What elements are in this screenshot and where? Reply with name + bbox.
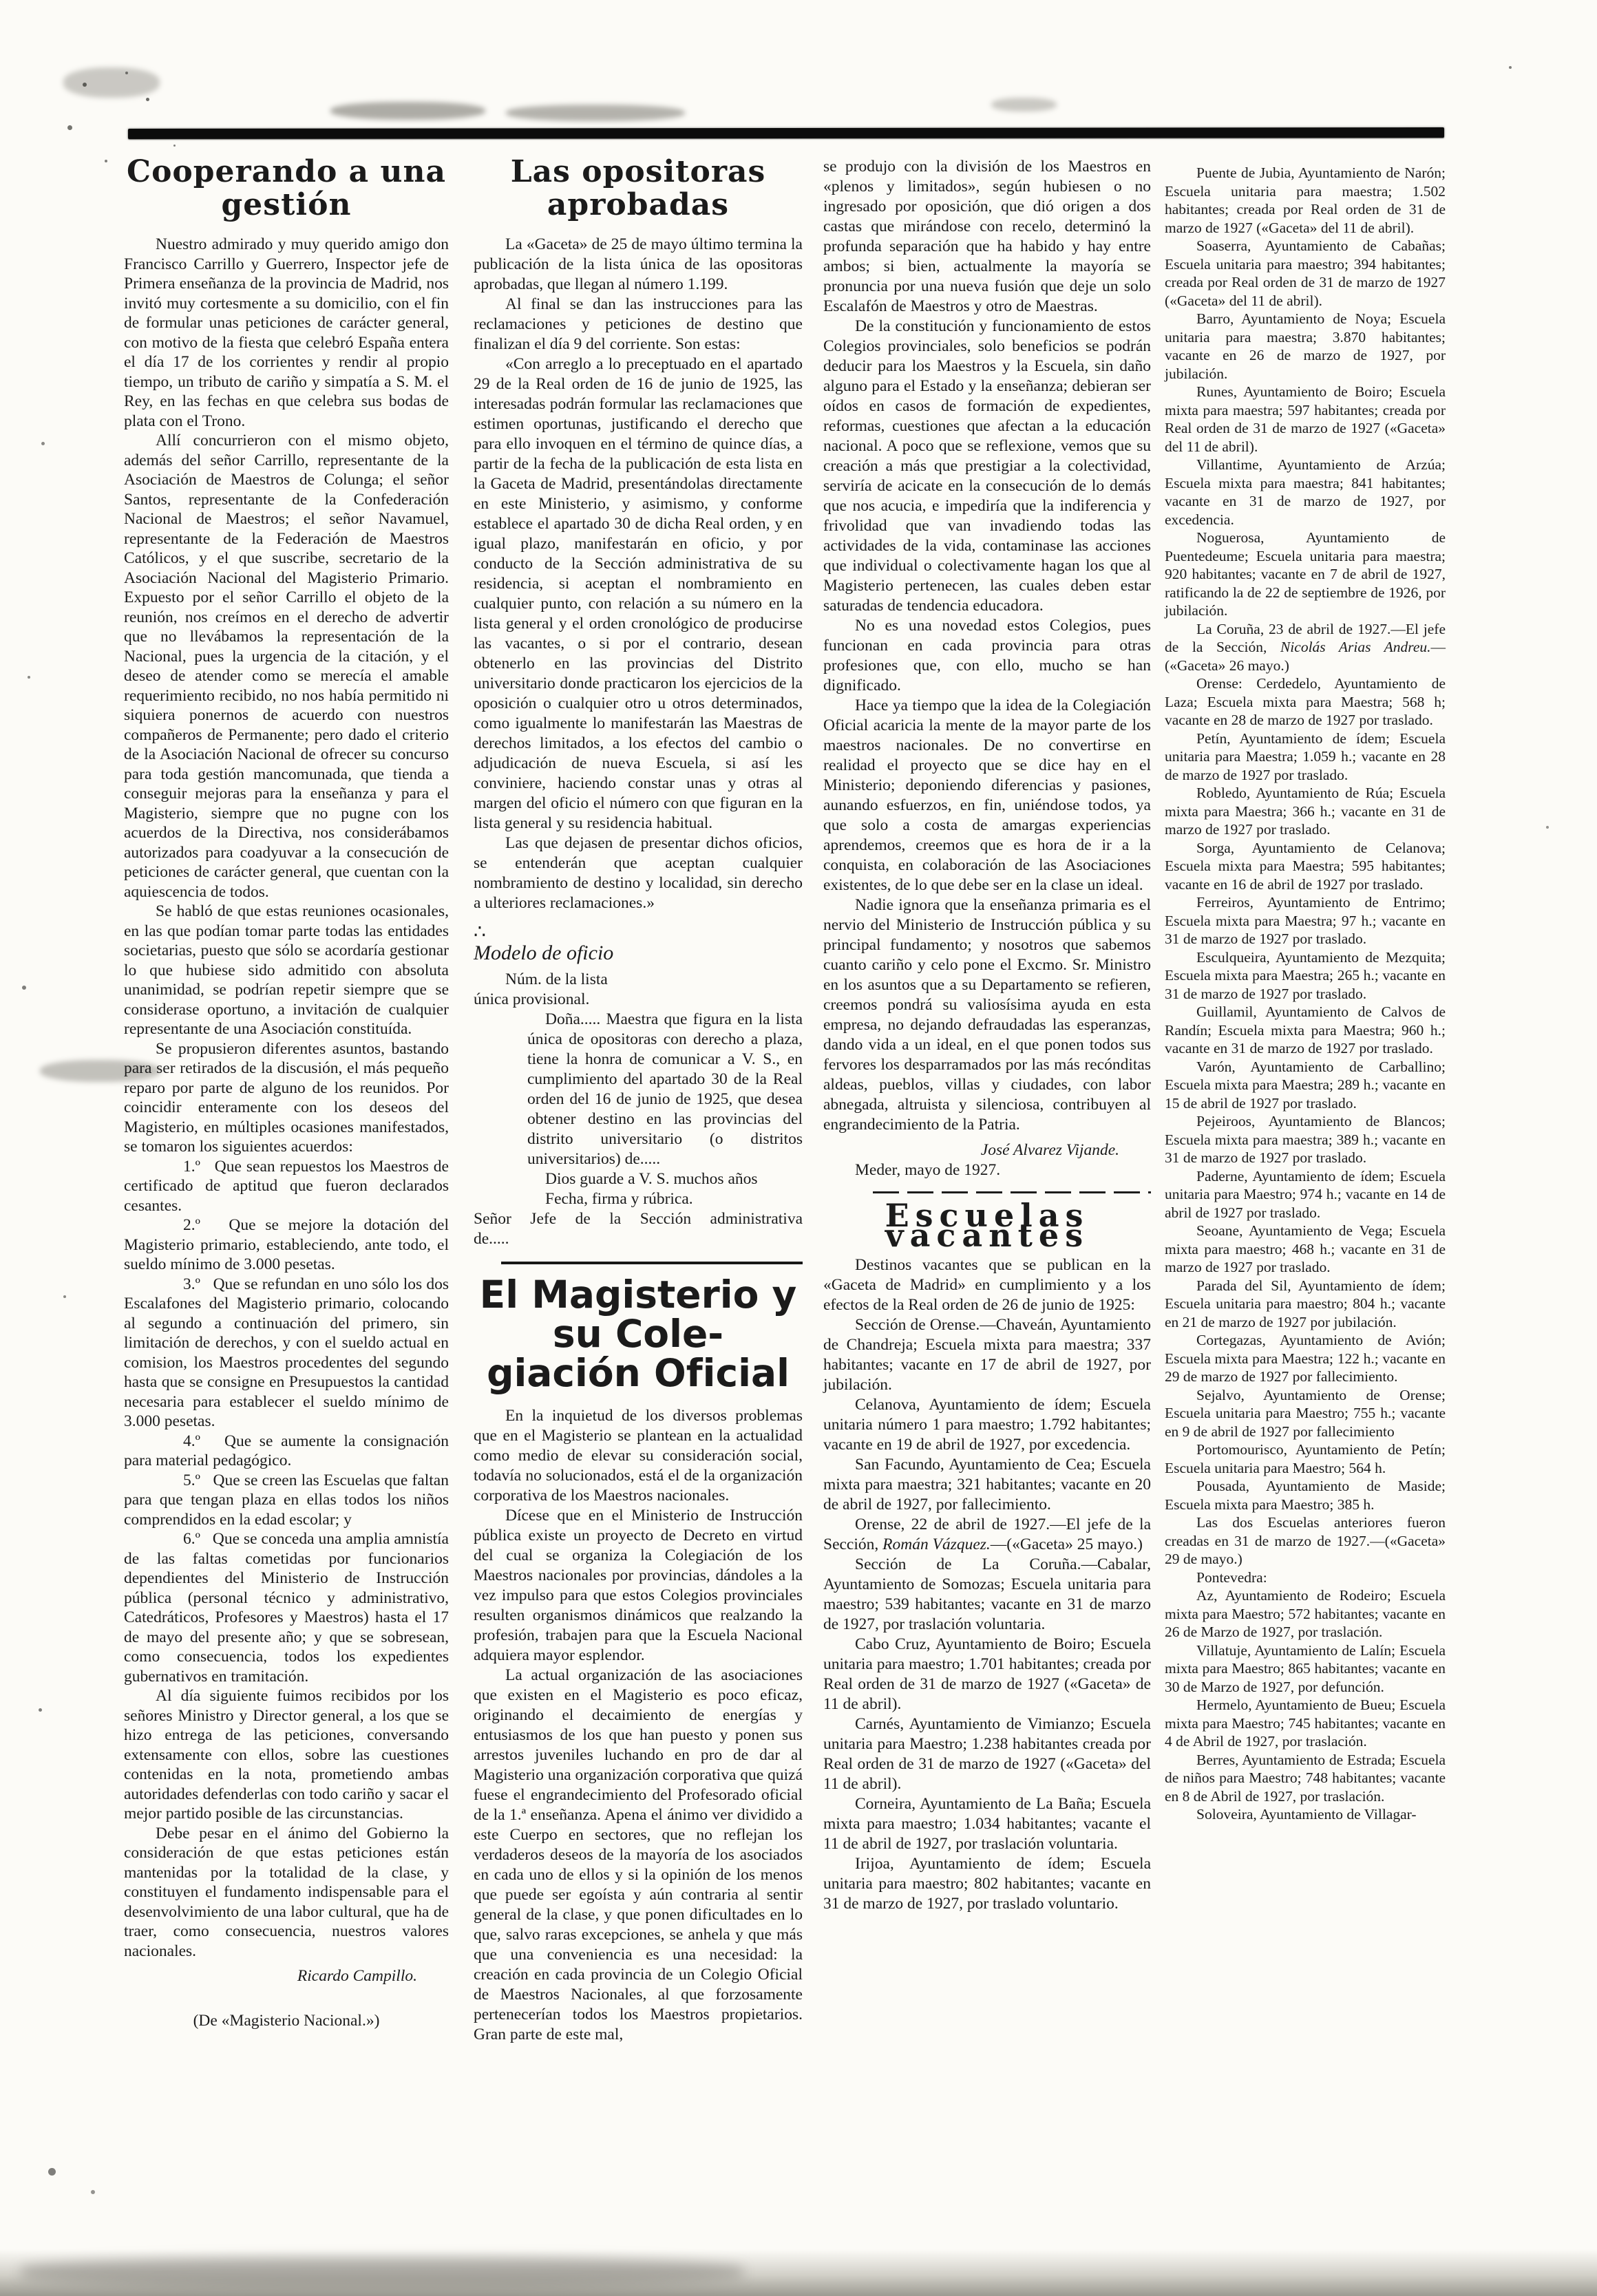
paragraph: La actual organización de las asociacion… — [474, 1666, 803, 2045]
ink-speck — [48, 2168, 56, 2176]
vacancy-entry: Hermelo, Ayuntamiento de Bueu; Escuela m… — [1165, 1696, 1446, 1751]
ink-speck — [67, 125, 72, 130]
ink-speck — [28, 676, 30, 679]
vacancy-entry: Orense: Cerdedelo, Ayuntamiento de Laza;… — [1165, 674, 1446, 730]
paragraph: Las que dejasen de presentar dichos ofic… — [474, 833, 803, 913]
vacancy-entry: Pejeiroos, Ayuntamiento de Blancos; Escu… — [1165, 1112, 1446, 1167]
paragraph: De la constitución y funcionamiento de e… — [823, 317, 1151, 616]
column-4: Puente de Jubia, Ayuntamiento de Narón; … — [1165, 164, 1446, 1824]
subheading-modelo-de-oficio: Modelo de oficio — [474, 943, 803, 963]
vacancy-entry: Paderne, Ayuntamiento de ídem; Escuela u… — [1165, 1167, 1446, 1222]
paragraph: En la inquietud de los diversos problema… — [474, 1406, 803, 1506]
vacancy-entry: Sección de La Coruña.—Cabalar, Ayuntamie… — [823, 1555, 1151, 1635]
column-3: se produjo con la división de los Maestr… — [823, 157, 1151, 1914]
article-title-opositoras: Las opositoras aprobadas — [474, 156, 803, 221]
scan-bottom-smear — [21, 2257, 743, 2286]
vacancy-entry: Villantime, Ayuntamiento de Arzúa; Escue… — [1165, 456, 1446, 529]
vacancy-entry: Cabo Cruz, Ayuntamiento de Boiro; Escuel… — [823, 1635, 1151, 1714]
vacancy-entry: Petín, Ayuntamiento de ídem; Escuela uni… — [1165, 730, 1446, 785]
vacancy-entry: Sección de Orense.—Chaveán, Ayuntamiento… — [823, 1315, 1151, 1395]
paragraph: Dícese que en el Ministerio de Instrucci… — [474, 1506, 803, 1666]
section-rule-dashed — [873, 1191, 1151, 1193]
vacancy-entry: San Facundo, Ayuntamiento de Cea; Escuel… — [823, 1455, 1151, 1515]
ink-speck — [125, 72, 128, 74]
source-credit: (De «Magisterio Nacional.») — [124, 2011, 449, 2031]
oficio-number-line: Núm. de la lista — [474, 970, 803, 990]
ink-speck — [105, 160, 107, 162]
author-signature: Ricardo Campillo. — [124, 1966, 449, 1986]
ink-speck — [146, 98, 149, 101]
scan-smudge — [330, 102, 485, 120]
ink-speck — [63, 1295, 66, 1298]
vacancy-entry: Esculqueira, Ayuntamiento de Mezquita; E… — [1165, 948, 1446, 1003]
paragraph: Hace ya tiempo que la idea de la Colegia… — [823, 696, 1151, 895]
masthead-rule — [128, 127, 1444, 139]
vacancy-entry: Soaserra, Ayuntamiento de Cabañas; Escue… — [1165, 237, 1446, 310]
paragraph: Se propusieron diferentes asuntos, basta… — [124, 1039, 449, 1157]
vacancy-entry: Berres, Ayuntamiento de Estrada; Escuela… — [1165, 1751, 1446, 1806]
section-title-escuelas-vacantes: Escuelas vacantes — [823, 1206, 1151, 1246]
ink-speck — [41, 442, 45, 445]
ink-speck — [22, 986, 26, 990]
paragraph: «Con arreglo a lo preceptuado en el apar… — [474, 354, 803, 833]
vacancy-entry: Seoane, Ayuntamiento de Vega; Escuela mi… — [1165, 1222, 1446, 1277]
vacancy-entry: Ferreiros, Ayuntamiento de Entrimo; Escu… — [1165, 893, 1446, 948]
vacancy-entry: Sejalvo, Ayuntamiento de Orense; Escuela… — [1165, 1386, 1446, 1441]
vacancy-entry: Az, Ayuntamiento de Rodeiro; Escuela mix… — [1165, 1586, 1446, 1641]
ink-speck — [1509, 66, 1512, 69]
vacancy-entry: Corneira, Ayuntamiento de La Baña; Escue… — [823, 1794, 1151, 1854]
vacancy-note: Las dos Escuelas anteriores fueron cread… — [1165, 1513, 1446, 1569]
article-title-cooperando: Cooperando a una gestión — [124, 156, 449, 221]
oficio-valediction: Dios guarde a V. S. muchos años — [545, 1169, 803, 1189]
ink-speck — [1546, 826, 1549, 829]
oficio-number-line: única provisional. — [474, 990, 803, 1010]
scan-smudge — [991, 98, 1057, 111]
section-chief-name: Nicolás Arias Andreu. — [1280, 639, 1431, 655]
vacancies-intro: Destinos vacantes que se publican en la … — [823, 1255, 1151, 1315]
agreement-item: 3.º Que se refundan en uno sólo los dos … — [124, 1275, 449, 1432]
province-heading: Pontevedra: — [1165, 1569, 1446, 1587]
vacancy-entry-cutoff: Soloveira, Ayuntamiento de Villagar- — [1165, 1805, 1446, 1824]
vacancy-entry: Portomourisco, Ayuntamiento de Petín; Es… — [1165, 1441, 1446, 1477]
column-2: Las opositoras aprobadas La «Gaceta» de … — [474, 156, 803, 2045]
vacancy-entry: Irijoa, Ayuntamiento de ídem; Escuela un… — [823, 1854, 1151, 1914]
paragraph: Debe pesar en el ánimo del Gobierno la c… — [124, 1824, 449, 1962]
paragraph: Al día siguiente fuimos recibidos por lo… — [124, 1686, 449, 1824]
vacancy-entry: Villatuje, Ayuntamiento de Lalín; Escuel… — [1165, 1641, 1446, 1697]
vacancy-entry: Guillamil, Ayuntamiento de Calvos de Ran… — [1165, 1003, 1446, 1058]
section-rule — [501, 1262, 803, 1264]
vacancy-entry: Puente de Jubia, Ayuntamiento de Narón; … — [1165, 164, 1446, 237]
ink-speck — [83, 83, 87, 87]
oficio-addressee: Señor Jefe de la Sección administrativa — [474, 1209, 803, 1229]
section-close-text: —(«Gaceta» 25 mayo.) — [991, 1535, 1143, 1553]
oficio-body: Doña..... Maestra que figura en la lista… — [527, 1010, 803, 1169]
agreement-item: 5.º Que se creen las Escuelas que faltan… — [124, 1471, 449, 1530]
agreement-item: 4.º Que se aumente la consignación para … — [124, 1432, 449, 1471]
ink-speck — [173, 145, 176, 147]
vacancy-entry: Pousada, Ayuntamiento de Maside; Escuela… — [1165, 1477, 1446, 1513]
paragraph: No es una novedad estos Colegios, pues f… — [823, 616, 1151, 696]
vacancy-entry: Barro, Ayuntamiento de Noya; Escuela uni… — [1165, 310, 1446, 383]
vacancy-entry: Cortegazas, Ayuntamiento de Avión; Escue… — [1165, 1331, 1446, 1386]
paragraph-continuation: se produjo con la división de los Maestr… — [823, 157, 1151, 317]
newspaper-page: Cooperando a una gestión Nuestro admirad… — [0, 0, 1597, 2296]
author-signature: José Alvarez Vijande. — [823, 1140, 1151, 1160]
agreement-item: 1.º Que sean repuestos los Maestros de c… — [124, 1157, 449, 1216]
vacancy-entry: Parada del Sil, Ayuntamiento de ídem; Es… — [1165, 1277, 1446, 1332]
article-title-line: El Magisterio y su Cole- — [474, 1275, 803, 1354]
section-close: Orense, 22 de abril de 1927.—El jefe de … — [823, 1515, 1151, 1555]
paragraph: Nadie ignora que la enseñanza primaria e… — [823, 895, 1151, 1135]
paragraph: La «Gaceta» de 25 de mayo último termina… — [474, 235, 803, 295]
vacancy-entry: Sorga, Ayuntamiento de Celanova; Escuela… — [1165, 839, 1446, 894]
vacancy-entry: Runes, Ayuntamiento de Boiro; Escuela mi… — [1165, 383, 1446, 456]
oficio-firma: Fecha, firma y rúbrica. — [545, 1189, 803, 1209]
dateline: Meder, mayo de 1927. — [823, 1160, 1151, 1180]
article-title-line: giación Oficial — [474, 1354, 803, 1393]
scan-smudge — [506, 105, 685, 121]
agreement-item: 2.º Que se mejore la dotación del Magist… — [124, 1215, 449, 1275]
section-close: La Coruña, 23 de abril de 1927.—El jefe … — [1165, 620, 1446, 675]
vacancy-entry: Noguerosa, Ayuntamiento de Puentedeume; … — [1165, 529, 1446, 620]
article-title-colegiacion: El Magisterio y su Cole- giación Oficial — [474, 1275, 803, 1394]
asterism-separator-icon: ∴ — [474, 922, 803, 942]
paragraph: Nuestro admirado y muy querido amigo don… — [124, 235, 449, 431]
scan-smudge — [63, 67, 160, 98]
agreement-item: 6.º Que se conceda una amplia amnistía d… — [124, 1529, 449, 1686]
paragraph: Allí concurrieron con el mismo objeto, a… — [124, 431, 449, 902]
ink-speck — [39, 1708, 42, 1712]
vacancy-entry: Celanova, Ayuntamiento de ídem; Escuela … — [823, 1395, 1151, 1455]
paragraph: Al final se dan las instrucciones para l… — [474, 295, 803, 354]
oficio-addressee: de..... — [474, 1229, 803, 1249]
paragraph: Se habló de que estas reuniones ocasiona… — [124, 902, 449, 1039]
column-1: Cooperando a una gestión Nuestro admirad… — [124, 156, 449, 2030]
ink-speck — [91, 2190, 95, 2194]
vacancy-entry: Carnés, Ayuntamiento de Vimianzo; Escuel… — [823, 1714, 1151, 1794]
section-chief-name: Román Vázquez. — [882, 1535, 991, 1553]
vacancy-entry: Varón, Ayuntamiento de Carballino; Escue… — [1165, 1058, 1446, 1113]
vacancy-entry: Robledo, Ayuntamiento de Rúa; Escuela mi… — [1165, 784, 1446, 839]
